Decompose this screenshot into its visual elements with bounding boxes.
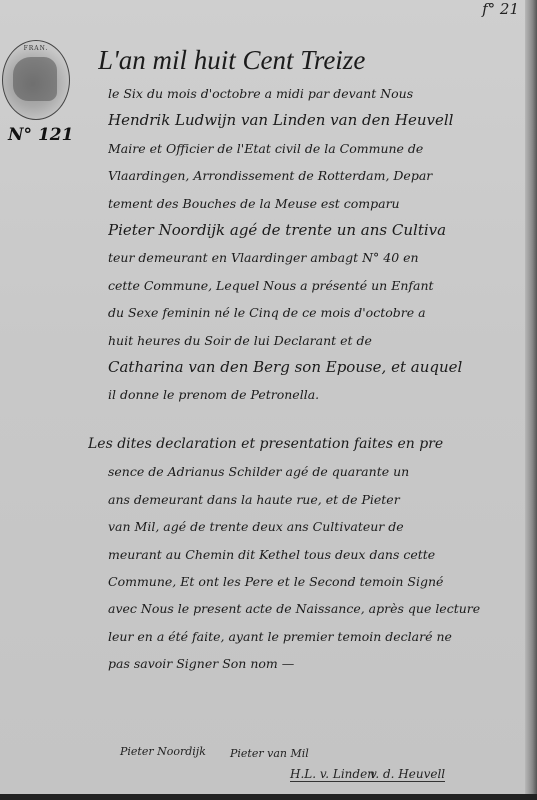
text-line: leur en a été faite, ayant le premier te…	[108, 623, 518, 650]
stamp-text: FRAN.	[3, 45, 69, 52]
text-line: Vlaardingen, Arrondissement de Rotterdam…	[108, 162, 518, 189]
signature-mayor-surname: v. d. Heuvell	[370, 767, 445, 782]
signatures: Pieter Noordijk Pieter van Mil H.L. v. L…	[120, 745, 500, 795]
text-line: tement des Bouches de la Meuse est compa…	[108, 190, 518, 217]
text-line: ans demeurant dans la haute rue, et de P…	[108, 486, 518, 513]
seated-figure-icon	[13, 57, 57, 101]
text-line: avec Nous le present acte de Naissance, …	[108, 595, 518, 622]
text-line: du Sexe feminin né le Cinq de ce mois d'…	[108, 299, 518, 326]
text-line: pas savoir Signer Son nom —	[108, 650, 518, 677]
text-line: teur demeurant en Vlaardinger ambagt N° …	[108, 244, 518, 271]
text-line: Les dites declaration et presentation fa…	[88, 431, 518, 458]
text-line: van Mil, agé de trente deux ans Cultivat…	[108, 513, 518, 540]
signature-witness: Pieter van Mil	[230, 747, 309, 760]
folio-number: f° 21	[482, 0, 519, 18]
record-heading: L'an mil huit Cent Treize	[98, 40, 518, 80]
text-line: Catharina van den Berg son Epouse, et au…	[108, 354, 518, 381]
text-line: le Six du mois d'octobre a midi par deva…	[108, 80, 518, 107]
seal-stamp-icon: FRAN.	[2, 40, 70, 120]
signature-mayor: H.L. v. Linden	[290, 767, 375, 782]
page-edge-shadow	[525, 0, 537, 800]
text-line: cette Commune, Lequel Nous a présenté un…	[108, 272, 518, 299]
text-line: Maire et Officier de l'Etat civil de la …	[108, 135, 518, 162]
text-line: sence de Adrianus Schilder agé de quaran…	[108, 458, 518, 485]
text-line: il donne le prenom de Petronella.	[108, 381, 518, 408]
text-line: huit heures du Soir de lui Declarant et …	[108, 327, 518, 354]
record-body: L'an mil huit Cent Treize le Six du mois…	[108, 40, 518, 678]
signature-father: Pieter Noordijk	[120, 745, 206, 758]
text-line: Hendrik Ludwijn van Linden van den Heuve…	[108, 107, 518, 134]
text-line: Commune, Et ont les Pere et le Second te…	[108, 568, 518, 595]
act-number: N° 121	[8, 125, 73, 145]
text-line: meurant au Chemin dit Kethel tous deux d…	[108, 541, 518, 568]
document-page: f° 21 FRAN. N° 121 L'an mil huit Cent Tr…	[0, 0, 537, 800]
text-line: Pieter Noordijk agé de trente un ans Cul…	[108, 217, 518, 244]
